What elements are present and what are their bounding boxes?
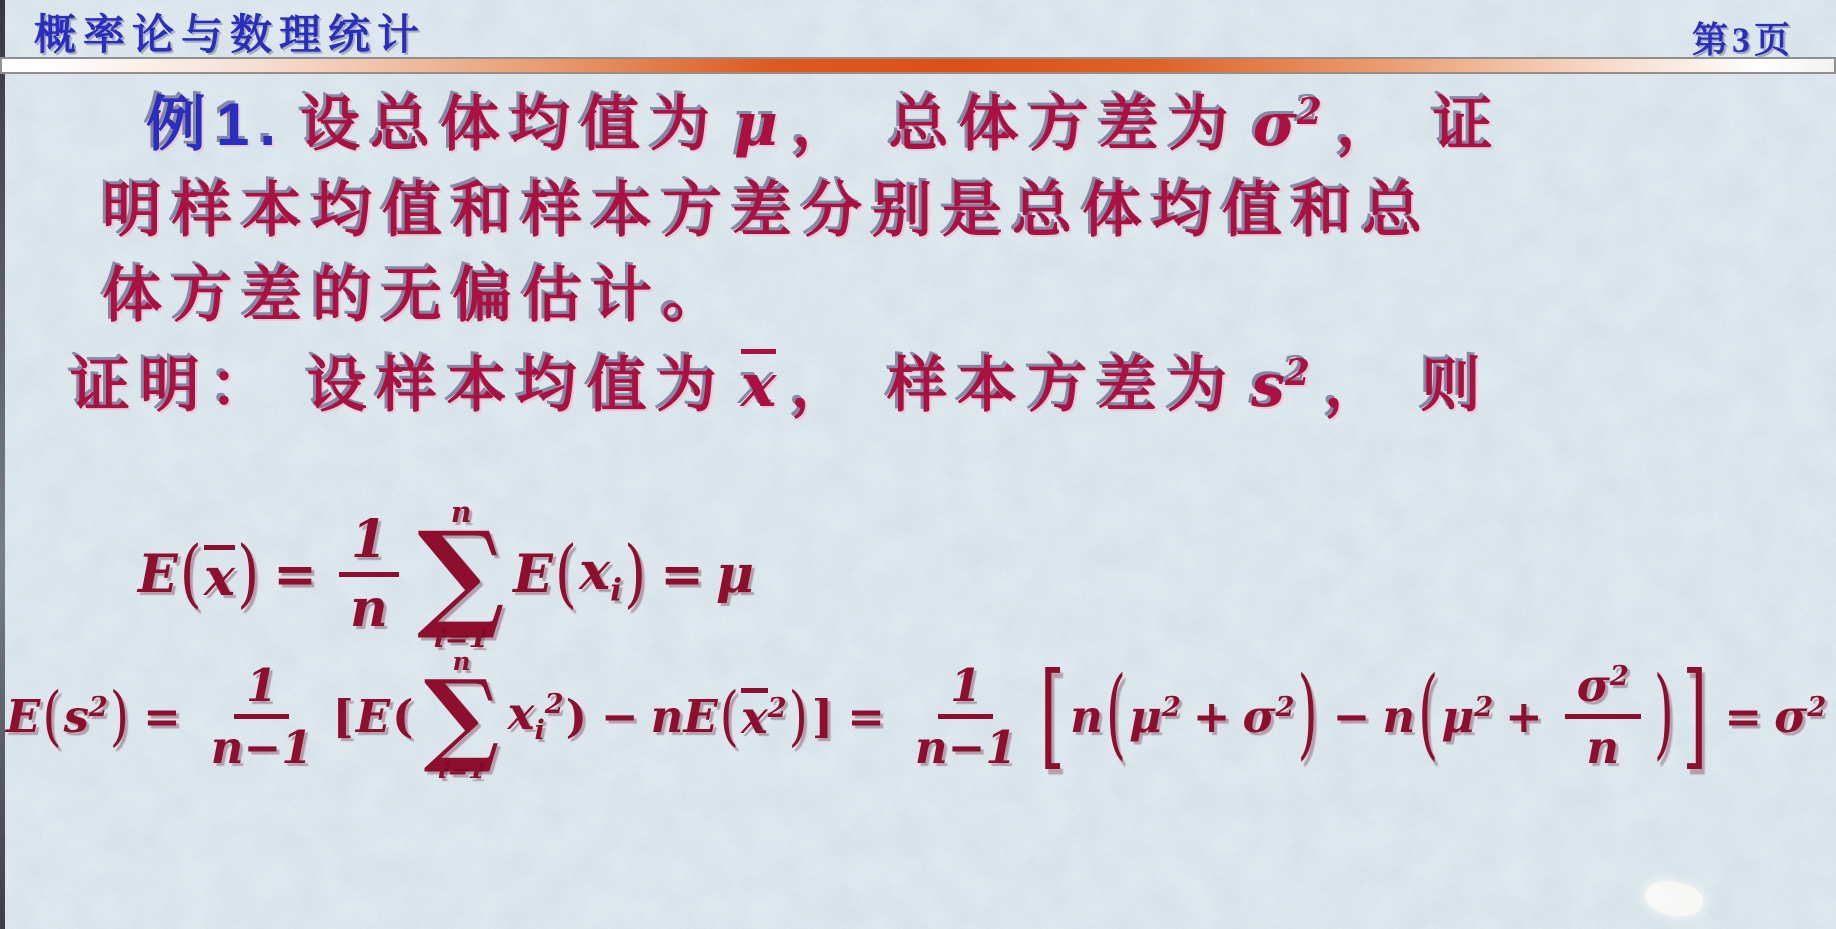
plus-sign: + [1505, 690, 1543, 743]
mu-token: μ [1129, 690, 1162, 743]
line4-text-3: ， 则 [1324, 352, 1491, 419]
x-sub-i-squared: xi2 [508, 687, 564, 746]
exponent-2: 2 [1807, 692, 1826, 723]
xbar-token: x [741, 688, 768, 740]
n-token: n [651, 690, 684, 743]
exponent-2: 2 [768, 693, 787, 724]
left-paren: ( [392, 690, 413, 743]
fraction-numerator: 1 [938, 663, 993, 719]
sigma-symbol: σ [1253, 90, 1297, 160]
line4-text-2: ， 样本方差为 [790, 352, 1237, 419]
x-sub-i: xi [579, 541, 622, 608]
n-token: n [1382, 690, 1415, 743]
left-paren: ( [555, 537, 577, 611]
s-token: s [64, 690, 89, 743]
summation-lower-limit: i=1 [438, 758, 485, 783]
left-paren: ( [180, 537, 202, 611]
right-paren: ) [237, 537, 259, 611]
right-paren: ) [624, 537, 646, 611]
summation-symbol: ∑ [423, 675, 499, 758]
exponent-2: 2 [89, 692, 108, 723]
fraction-1-over-n-minus-1: 1 n−1 [203, 663, 321, 770]
formula-variance-expectation: E ( s2 ) = 1 n−1 [ E ( n ∑ i=1 xi2 ) − n… [6, 650, 1826, 783]
example-line-1: 例1.设总体均值为μ， 总体方差为σ2， 证 [146, 92, 1503, 158]
summation: n ∑ i=1 [417, 498, 505, 651]
fraction-numerator: 1 [339, 514, 399, 577]
right-paren: ) [110, 684, 129, 748]
left-bracket: [ [333, 690, 354, 743]
exponent-2: 2 [545, 689, 564, 720]
sigma-token: σ [1242, 690, 1275, 743]
fraction-denominator: n−1 [203, 719, 321, 770]
left-paren: ( [1106, 667, 1126, 765]
xbar-token: x [204, 545, 235, 604]
fraction-1-over-n: 1 n [339, 514, 399, 635]
fraction-denominator: n [342, 577, 396, 635]
i-subscript: i [610, 572, 622, 608]
slide-page: 概率论与数理统计 第3页 例1.设总体均值为μ， 总体方差为σ2， 证 明样本均… [0, 0, 1836, 929]
tall-left-bracket: [ [1040, 659, 1065, 773]
equals-sign: = [1724, 690, 1762, 743]
line1-text-3: ， 证 [1336, 91, 1503, 158]
xbar-symbol: x [741, 349, 777, 416]
right-paren: ) [789, 684, 808, 748]
s-squared: s2 [1251, 353, 1310, 419]
E-token: E [683, 690, 717, 743]
xbar-squared: x2 [741, 688, 787, 744]
exponent-2: 2 [1276, 692, 1295, 723]
example-line-2: 明样本均值和样本方差分别是总体均值和总 [102, 178, 1432, 244]
divider-bar [0, 57, 1836, 74]
left-paren: ( [42, 684, 61, 748]
sigma-token: σ [1774, 690, 1807, 743]
exponent-2: 2 [1474, 692, 1493, 723]
film-edge [0, 0, 5, 929]
line1-text-1: 设总体均值为 [300, 91, 720, 158]
fraction-numerator: σ2 [1565, 663, 1641, 719]
s-exponent: 2 [1285, 352, 1310, 394]
fraction-denominator: n [1578, 719, 1627, 770]
page-number: 第3页 [1692, 12, 1794, 63]
equals-sign: = [143, 690, 181, 743]
exponent-2: 2 [1162, 692, 1181, 723]
mu-token: μ [1441, 690, 1474, 743]
fraction-1-over-n-minus-1: 1 n−1 [907, 663, 1025, 770]
right-bracket: ] [812, 690, 833, 743]
s-squared: s2 [64, 690, 108, 743]
line4-text-1: 证明： 设样本均值为 [70, 352, 727, 419]
tall-right-bracket: ] [1682, 659, 1707, 773]
example-line-3: 体方差的无偏估计。 [102, 263, 732, 329]
i-subscript: i [535, 715, 545, 746]
mu-squared: μ2 [1129, 690, 1181, 743]
x-token: x [579, 541, 610, 602]
mu-symbol: μ [734, 90, 778, 160]
summation-symbol: ∑ [417, 527, 505, 623]
n-token: n [1070, 690, 1103, 743]
right-paren: ) [1297, 667, 1317, 765]
exponent-2: 2 [1610, 661, 1629, 692]
sigma-token: σ [1577, 659, 1610, 712]
equals-sign: = [273, 544, 317, 605]
left-paren: ( [1418, 667, 1438, 765]
sigma-exponent: 2 [1297, 91, 1322, 133]
minus-sign: − [601, 690, 639, 743]
sigma-squared: σ2 [1242, 690, 1294, 743]
fraction-numerator: 1 [234, 663, 289, 719]
mu-squared: μ2 [1441, 690, 1493, 743]
formula-mean-expectation: E ( x ) = 1 n n ∑ i=1 E ( xi ) = μ [138, 498, 754, 651]
fraction-sigma-squared-over-n: σ2 n [1565, 663, 1641, 770]
example-label: 例1. [146, 91, 286, 158]
course-title: 概率论与数理统计 [34, 2, 426, 62]
equals-sign: = [660, 544, 704, 605]
left-paren: ( [720, 684, 739, 748]
right-paren: ) [1654, 667, 1674, 765]
x-token: x [508, 687, 535, 740]
right-paren: ) [566, 690, 587, 743]
sigma-squared-result: σ2 [1774, 690, 1826, 743]
summation: n ∑ i=1 [423, 650, 499, 783]
E-token: E [356, 690, 390, 743]
equals-sign: = [847, 690, 885, 743]
minus-sign: − [1333, 690, 1371, 743]
line1-text-2: ， 总体方差为 [792, 91, 1239, 158]
E-token: E [6, 690, 40, 743]
mu-token: μ [716, 544, 754, 605]
plus-sign: + [1193, 690, 1231, 743]
fraction-denominator: n−1 [907, 719, 1025, 770]
sigma-squared: σ2 [1253, 92, 1322, 158]
s-symbol: s [1251, 351, 1285, 421]
E-token: E [138, 544, 178, 605]
E-token: E [513, 544, 553, 605]
proof-line: 证明： 设样本均值为x， 样本方差为s2， 则 [70, 349, 1491, 419]
